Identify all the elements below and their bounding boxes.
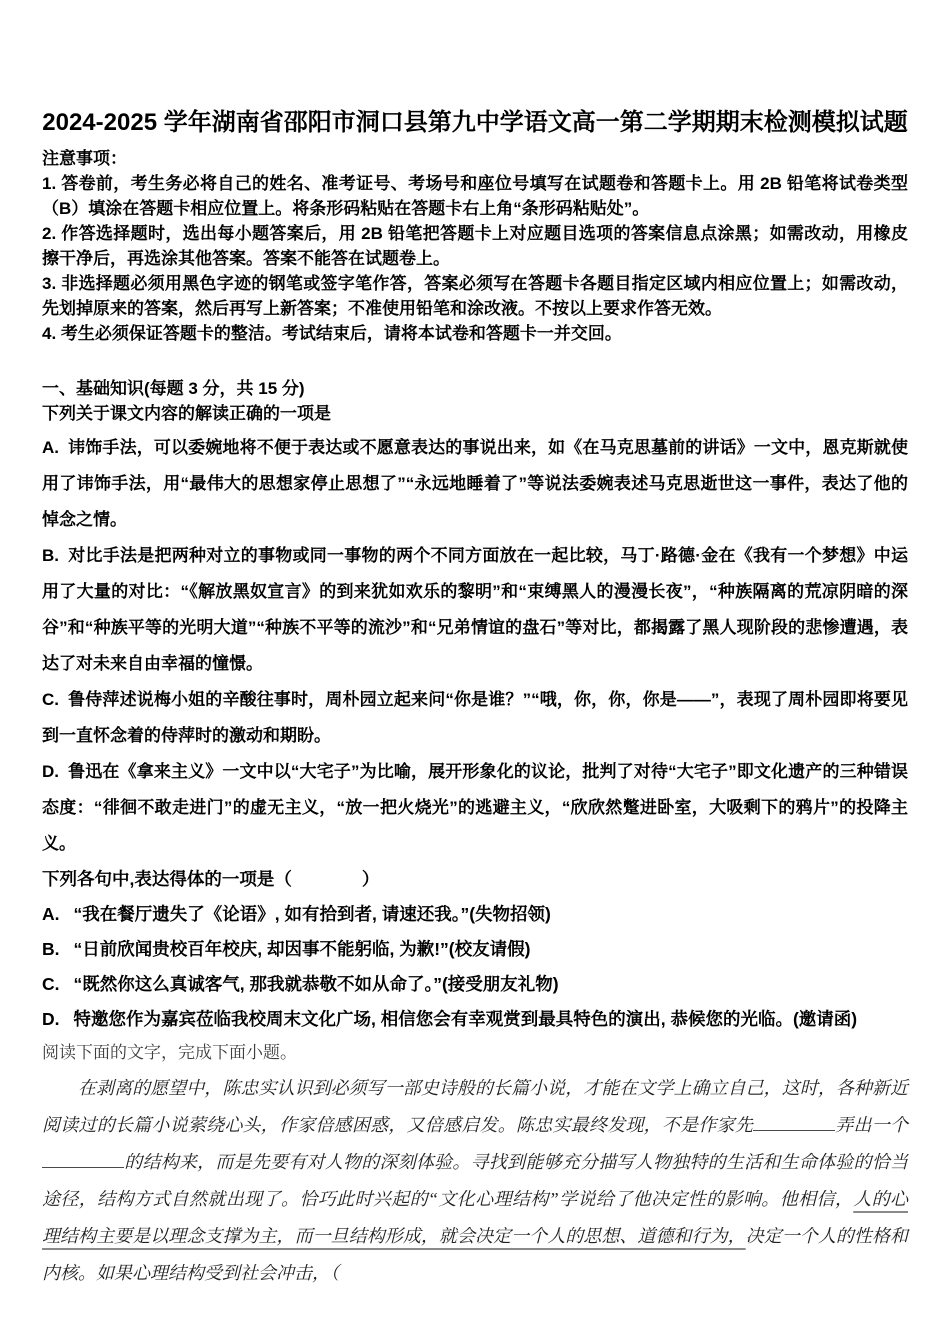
question2-option-a: A.“我在餐厅遗失了《论语》, 如有拾到者, 请速还我。”(失物招领) — [42, 897, 908, 932]
option-d-label: D. — [42, 1009, 60, 1029]
option-c-text: 鲁侍萍述说梅小姐的辛酸往事时，周朴园立起来问“你是谁？”“哦，你，你，你是——”… — [42, 690, 908, 745]
question1-option-b: B.对比手法是把两种对立的事物或同一事物的两个不同方面放在一起比较，马丁·路德·… — [42, 538, 908, 682]
question2-option-b: B.“日前欣闻贵校百年校庆, 却因事不能躬临, 为歉!”(校友请假) — [42, 932, 908, 967]
question2-option-c: C.“既然你这么真诚客气, 那我就恭敬不如从命了。”(接受朋友礼物) — [42, 967, 908, 1002]
fill-in-blank-1 — [753, 1114, 835, 1131]
question2-stem: 下列各句中,表达得体的一项是（ ） — [42, 862, 908, 897]
option-c-label: C. — [42, 690, 59, 709]
option-c-label: C. — [42, 974, 60, 994]
option-d-text: 鲁迅在《拿来主义》一文中以“大宅子”为比喻，展开形象化的议论，批判了对待“大宅子… — [42, 762, 908, 853]
option-a-text: 讳饰手法，可以委婉地将不便于表达或不愿意表达的事说出来，如《在马克思墓前的讲话》… — [42, 438, 908, 529]
option-d-label: D. — [42, 762, 59, 781]
fill-in-blank-2 — [42, 1151, 124, 1168]
option-a-label: A. — [42, 904, 60, 924]
option-a-text: “我在餐厅遗失了《论语》, 如有拾到者, 请速还我。”(失物招领) — [74, 904, 551, 924]
notice-item-2: 2. 作答选择题时，选出每小题答案后，用 2B 铅笔把答题卡上对应题目选项的答案… — [42, 221, 908, 271]
option-b-text: 对比手法是把两种对立的事物或同一事物的两个不同方面放在一起比较，马丁·路德·金在… — [42, 546, 908, 673]
question1-option-a: A.讳饰手法，可以委婉地将不便于表达或不愿意表达的事说出来，如《在马克思墓前的讲… — [42, 430, 908, 538]
exam-title: 2024-2025 学年湖南省邵阳市洞口县第九中学语文高一第二学期期末检测模拟试… — [42, 106, 908, 140]
question2-option-d: D.特邀您作为嘉宾莅临我校周末文化广场, 相信您会有幸观赏到最具特色的演出, 恭… — [42, 1002, 908, 1037]
reading-passage: 在剥离的愿望中，陈忠实认识到必须写一部史诗般的长篇小说，才能在文学上确立自己，这… — [42, 1070, 908, 1292]
exam-document-page: 2024-2025 学年湖南省邵阳市洞口县第九中学语文高一第二学期期末检测模拟试… — [0, 0, 950, 1292]
option-c-text: “既然你这么真诚客气, 那我就恭敬不如从命了。”(接受朋友礼物) — [74, 974, 559, 994]
notice-item-4: 4. 考生必须保证答题卡的整洁。考试结束后，请将本试卷和答题卡一并交回。 — [42, 321, 908, 346]
question1-option-d: D.鲁迅在《拿来主义》一文中以“大宅子”为比喻，展开形象化的议论，批判了对待“大… — [42, 754, 908, 862]
section1-heading: 一、基础知识(每题 3 分，共 15 分) — [42, 376, 908, 401]
question1-stem: 下列关于课文内容的解读正确的一项是 — [42, 401, 908, 426]
notice-item-1: 1. 答卷前，考生务必将自己的姓名、准考证号、考场号和座位号填写在试题卷和答题卡… — [42, 171, 908, 221]
passage-segment-2: 弄出一个 — [835, 1115, 908, 1135]
section1-header: 一、基础知识(每题 3 分，共 15 分) 下列关于课文内容的解读正确的一项是 — [42, 376, 908, 426]
question1-option-c: C.鲁侍萍述说梅小姐的辛酸往事时，周朴园立起来问“你是谁？”“哦，你，你，你是—… — [42, 682, 908, 754]
reading-instruction: 阅读下面的文字，完成下面小题。 — [42, 1037, 908, 1068]
question2-block: 下列各句中,表达得体的一项是（ ） A.“我在餐厅遗失了《论语》, 如有拾到者,… — [42, 862, 908, 1037]
option-d-text: 特邀您作为嘉宾莅临我校周末文化广场, 相信您会有幸观赏到最具特色的演出, 恭候您… — [74, 1009, 858, 1029]
option-b-label: B. — [42, 939, 60, 959]
option-b-label: B. — [42, 546, 59, 565]
option-b-text: “日前欣闻贵校百年校庆, 却因事不能躬临, 为歉!”(校友请假) — [74, 939, 531, 959]
passage-segment-3: 的结构来，而是先要有对人物的深刻体验。寻找到能够充分描写人物独特的生活和生命体验… — [42, 1152, 908, 1209]
question1-options: A.讳饰手法，可以委婉地将不便于表达或不愿意表达的事说出来，如《在马克思墓前的讲… — [42, 430, 908, 862]
option-a-label: A. — [42, 438, 59, 457]
notice-section: 注意事项： 1. 答卷前，考生务必将自己的姓名、准考证号、考场号和座位号填写在试… — [42, 146, 908, 346]
notice-heading: 注意事项： — [42, 146, 908, 171]
notice-item-3: 3. 非选择题必须用黑色字迹的钢笔或签字笔作答，答案必须写在答题卡各题目指定区域… — [42, 271, 908, 321]
